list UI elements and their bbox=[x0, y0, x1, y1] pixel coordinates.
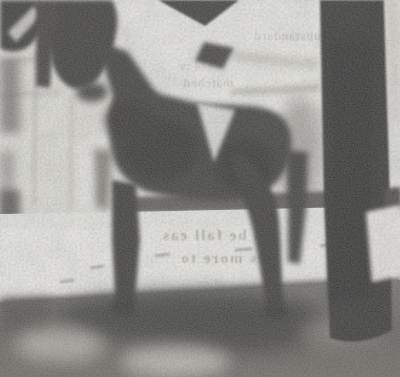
film-grain-overlay bbox=[0, 0, 400, 377]
photo-canvas: ubstandard bed in matched n be fall eas bbox=[0, 0, 400, 377]
light-grain-noise bbox=[0, 0, 400, 377]
halftone-photo: ubstandard bed in matched n be fall eas bbox=[0, 0, 400, 377]
